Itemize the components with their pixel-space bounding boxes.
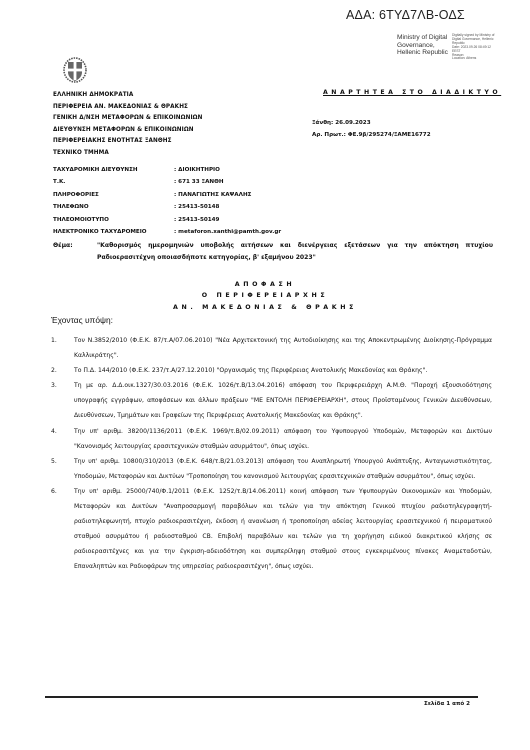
authority-line: ΤΕΧΝΙΚΟ ΤΜΗΜΑ <box>53 148 202 160</box>
decision-authority: Ο ΠΕΡΙΦΕΡΕΙΑΡΧΗΣ <box>0 290 530 301</box>
issuing-authority: ΕΛΛΗΝΙΚΗ ΔΗΜΟΚΡΑΤΙΑ ΠΕΡΙΦΕΡΕΙΑ ΑΝ. ΜΑΚΕΔ… <box>53 90 202 160</box>
authority-line: ΔΙΕΥΘΥΝΣΗ ΜΕΤΑΦΟΡΩΝ & ΕΠΙΚΟΙΝΩΝΙΩΝ <box>53 125 202 137</box>
contact-value: : 671 33 ΞΑΝΘΗ <box>174 176 224 188</box>
list-item-number: 2. <box>51 363 74 378</box>
list-item-number: 3. <box>51 378 74 423</box>
decision-region: ΑΝ. ΜΑΚΕΔΟΝΙΑΣ & ΘΡΑΚΗΣ <box>0 302 530 313</box>
document-date: Ξάνθη: 26.09.2023 <box>312 117 431 129</box>
contact-label: ΤΗΛΕΟΜΟΙΟΤΥΠΟ <box>53 214 174 226</box>
publish-online-notice: ΑΝΑΡΤΗΤΕΑ ΣΤΟ ΔΙΑΔΙΚΤΥΟ <box>323 89 501 96</box>
list-item: 5.Την υπ' αριθμ. 10800/310/2013 (Φ.Ε.Κ. … <box>51 454 492 484</box>
contact-row: Τ.Κ.: 671 33 ΞΑΝΘΗ <box>53 176 281 188</box>
subject-label: Θέμα: <box>53 240 73 252</box>
list-item-text: Την υπ' αριθμ. 38200/1136/2011 (Φ.Ε.Κ. 1… <box>74 424 492 454</box>
contact-label: Τ.Κ. <box>53 176 174 188</box>
contact-value: : 25413-50149 <box>174 214 219 226</box>
authority-line: ΠΕΡΙΦΕΡΕΙΑ ΑΝ. ΜΑΚΕΔΟΝΙΑΣ & ΘΡΑΚΗΣ <box>53 102 202 114</box>
contact-row: ΠΛΗΡΟΦΟΡΙΕΣ: ΠΑΝΑΓΙΩΤΗΣ ΚΑΨΑΛΗΣ <box>53 189 281 201</box>
page-number: Σελίδα 1 από 2 <box>424 701 470 707</box>
decision-title: ΑΠΟΦΑΣΗ <box>0 279 530 290</box>
contact-row: ΤΗΛΕΦΩΝΟ: 25413-50148 <box>53 201 281 213</box>
contact-value: : ΠΑΝΑΓΙΩΤΗΣ ΚΑΨΑΛΗΣ <box>174 189 251 201</box>
contact-value: : 25413-50148 <box>174 201 219 213</box>
contact-row: ΤΑΧΥΔΡΟΜΙΚΗ ΔΙΕΥΘΥΝΣΗ: ΔΙΟΙΚΗΤΗΡΙΟ <box>53 164 281 176</box>
contact-value: : ΔΙΟΙΚΗΤΗΡΙΟ <box>174 164 220 176</box>
signature-signer: Ministry of Digital Governance, Hellenic… <box>397 34 448 61</box>
list-item: 4.Την υπ' αριθμ. 38200/1136/2011 (Φ.Ε.Κ.… <box>51 424 492 454</box>
list-item-number: 4. <box>51 424 74 454</box>
list-item: 6.Την υπ' αριθμ. 25000/740/Φ.1/2011 (Φ.Ε… <box>51 484 492 575</box>
contact-row: ΤΗΛΕΟΜΟΙΟΤΥΠΟ: 25413-50149 <box>53 214 281 226</box>
subject-text: "Καθορισμός ημερομηνιών υποβολής αιτήσεω… <box>97 240 493 263</box>
legal-basis-list: 1.Τον Ν.3852/2010 (Φ.Ε.Κ. 87/τ.Α/07.06.2… <box>51 333 492 575</box>
list-item-text: Το Π.Δ. 144/2010 (Φ.Ε.Κ. 237/τ.Α/27.12.2… <box>74 363 492 378</box>
document-meta: Ξάνθη: 26.09.2023 Αρ. Πρωτ.: ΦΕ.9β/29527… <box>312 117 431 141</box>
list-item-number: 5. <box>51 454 74 484</box>
contact-info: ΤΑΧΥΔΡΟΜΙΚΗ ΔΙΕΥΘΥΝΣΗ: ΔΙΟΙΚΗΤΗΡΙΟΤ.Κ.: … <box>53 164 281 238</box>
authority-line: ΕΛΛΗΝΙΚΗ ΔΗΜΟΚΡΑΤΙΑ <box>53 90 202 102</box>
footer-divider <box>45 696 478 698</box>
protocol-number: Αρ. Πρωτ.: ΦΕ.9β/295274/ΞΑΜΕ16772 <box>312 129 431 141</box>
list-item: 1.Τον Ν.3852/2010 (Φ.Ε.Κ. 87/τ.Α/07.06.2… <box>51 333 492 363</box>
list-item-text: Τον Ν.3852/2010 (Φ.Ε.Κ. 87/τ.Α/07.06.201… <box>74 333 492 363</box>
having-in-view: Έχοντας υπόψη: <box>51 315 113 325</box>
signature-details: Digitally signed by Ministry of Digital … <box>452 34 496 61</box>
subject: Θέμα: "Καθορισμός ημερομηνιών υποβολής α… <box>53 240 493 263</box>
list-item-number: 1. <box>51 333 74 363</box>
contact-label: ΤΗΛΕΦΩΝΟ <box>53 201 174 213</box>
list-item-text: Την υπ' αριθμ. 10800/310/2013 (Φ.Ε.Κ. 64… <box>74 454 492 484</box>
ada-code: ΑΔΑ: 6ΤΥΔ7ΛΒ-ΟΔΣ <box>346 8 465 22</box>
list-item-text: Την υπ' αριθμ. 25000/740/Φ.1/2011 (Φ.Ε.Κ… <box>74 484 492 575</box>
list-item-text: Τη με αρ. Δ.Δ.οικ.1327/30.03.2016 (Φ.Ε.Κ… <box>74 378 492 423</box>
contact-row: ΗΛΕΚΤΡΟΝΙΚΟ ΤΑΧΥΔΡΟΜΕΙΟ: metaforon.xanth… <box>53 226 281 238</box>
contact-label: ΗΛΕΚΤΡΟΝΙΚΟ ΤΑΧΥΔΡΟΜΕΙΟ <box>53 226 174 238</box>
contact-label: ΠΛΗΡΟΦΟΡΙΕΣ <box>53 189 174 201</box>
hellenic-emblem-icon <box>63 57 87 84</box>
list-item: 3.Τη με αρ. Δ.Δ.οικ.1327/30.03.2016 (Φ.Ε… <box>51 378 492 423</box>
authority-line: ΠΕΡΙΦΕΡΕΙΑΚΗΣ ΕΝΟΤΗΤΑΣ ΞΑΝΘΗΣ <box>53 136 202 148</box>
list-item: 2.Το Π.Δ. 144/2010 (Φ.Ε.Κ. 237/τ.Α/27.12… <box>51 363 492 378</box>
contact-label: ΤΑΧΥΔΡΟΜΙΚΗ ΔΙΕΥΘΥΝΣΗ <box>53 164 174 176</box>
contact-value[interactable]: : metaforon.xanthi@pamth.gov.gr <box>174 226 281 238</box>
list-item-number: 6. <box>51 484 74 575</box>
digital-signature[interactable]: Ministry of Digital Governance, Hellenic… <box>397 34 496 61</box>
authority-line: ΓΕΝΙΚΗ Δ/ΝΣΗ ΜΕΤΑΦΟΡΩΝ & ΕΠΙΚΟΙΝΩΝΙΩΝ <box>53 113 202 125</box>
decision-heading: ΑΠΟΦΑΣΗ Ο ΠΕΡΙΦΕΡΕΙΑΡΧΗΣ ΑΝ. ΜΑΚΕΔΟΝΙΑΣ … <box>0 279 530 313</box>
